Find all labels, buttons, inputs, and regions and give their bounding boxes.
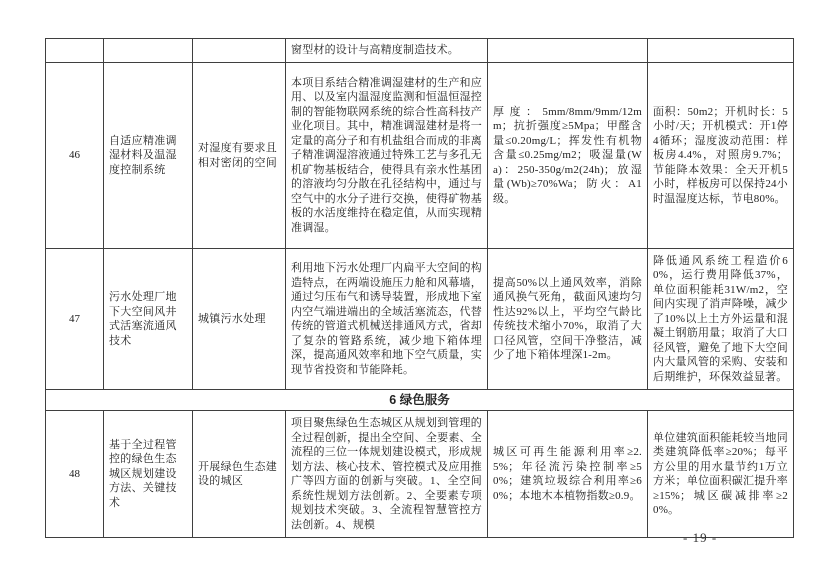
row-48-description: 项目聚焦绿色生态城区从规划到管理的全过程创新，提出全空间、全要素、全流程的三位一… (286, 411, 488, 538)
section-header: 6 绿色服务 (46, 390, 794, 411)
row-47-indicators: 提高50%以上通风效率，消除通风换气死角，截面风速均匀性达92%以上，平均空气龄… (488, 249, 648, 390)
page-number: - 19 - (683, 530, 717, 546)
row-48-number: 48 (46, 411, 104, 538)
document-page: 窗型材的设计与高精度制造技术。 46 自适应精准调湿材料及温湿度控制系统 对湿度… (0, 0, 818, 578)
row-46-tech-name: 自适应精准调湿材料及温湿度控制系统 (104, 63, 193, 249)
section-header-row: 6 绿色服务 (46, 390, 794, 411)
row-48-indicators: 城区可再生能源利用率≥2.5%；年径流污染控制率≥50%；建筑垃圾综合利用率≥6… (488, 411, 648, 538)
row-47-scope: 城镇污水处理 (193, 249, 286, 390)
continuation-number-cell (46, 39, 104, 63)
table-row-46: 46 自适应精准调湿材料及温湿度控制系统 对湿度有要求且相对密闭的空间 本项目系… (46, 63, 794, 249)
row-46-description: 本项目系结合精准调湿建材的生产和应用、以及室内温湿度监测和恒温恒湿控制的智能物联… (286, 63, 488, 249)
continuation-benefits-cell (648, 39, 794, 63)
row-46-scope: 对湿度有要求且相对密闭的空间 (193, 63, 286, 249)
row-48-tech-name: 基于全过程管控的绿色生态城区规划建设方法、关键技术 (104, 411, 193, 538)
continuation-scope-cell (193, 39, 286, 63)
row-47-benefits: 降低通风系统工程造价60%，运行费用降低37%，单位面积能耗31W/m2，空间内… (648, 249, 794, 390)
table-row-47: 47 污水处理厂地下大空间风井式活塞流通风技术 城镇污水处理 利用地下污水处理厂… (46, 249, 794, 390)
row-46-indicators: 厚度：5mm/8mm/9mm/12mm；抗折强度≥5Mpa；甲醛含量≤0.20m… (488, 63, 648, 249)
table-row-continuation: 窗型材的设计与高精度制造技术。 (46, 39, 794, 63)
continuation-indicators-cell (488, 39, 648, 63)
continuation-name-cell (104, 39, 193, 63)
continuation-description-cell: 窗型材的设计与高精度制造技术。 (286, 39, 488, 63)
row-47-description: 利用地下污水处理厂内扁平大空间的构造特点，在两端设施压力舱和风幕墙，通过匀压布气… (286, 249, 488, 390)
row-46-number: 46 (46, 63, 104, 249)
row-48-benefits: 单位建筑面积能耗较当地同类建筑降低率≥20%；每平方公里的用水量节约1万立方米；… (648, 411, 794, 538)
row-48-scope: 开展绿色生态建设的城区 (193, 411, 286, 538)
row-46-benefits: 面积：50m2；开机时长：5小时/天；开机模式：开1停4循环；湿度波动范围：样板… (648, 63, 794, 249)
table-row-48: 48 基于全过程管控的绿色生态城区规划建设方法、关键技术 开展绿色生态建设的城区… (46, 411, 794, 538)
row-47-tech-name: 污水处理厂地下大空间风井式活塞流通风技术 (104, 249, 193, 390)
row-47-number: 47 (46, 249, 104, 390)
technology-catalog-table: 窗型材的设计与高精度制造技术。 46 自适应精准调湿材料及温湿度控制系统 对湿度… (45, 38, 794, 538)
